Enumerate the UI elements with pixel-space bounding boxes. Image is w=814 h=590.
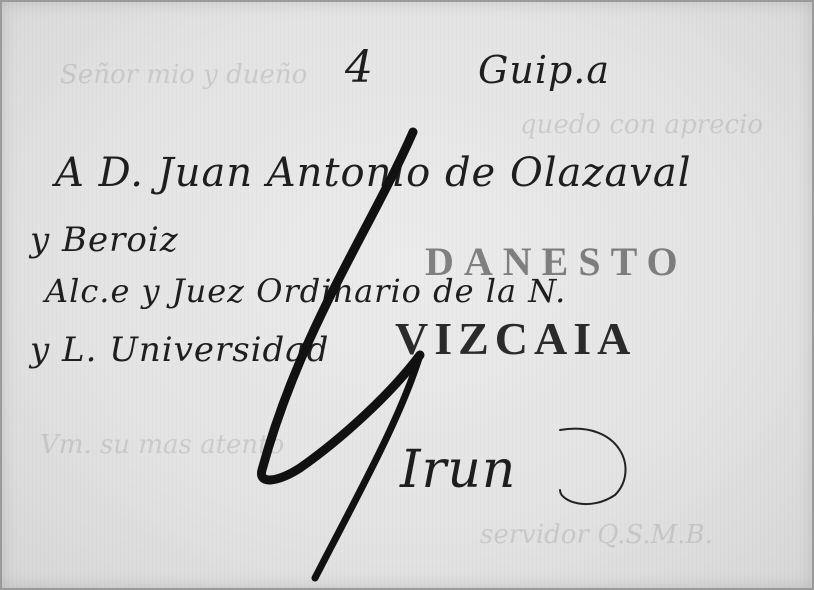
letter-cover: Señor mio y dueño quedo con aprecio Vm. …	[0, 0, 814, 590]
large-rate-numeral	[0, 0, 814, 590]
